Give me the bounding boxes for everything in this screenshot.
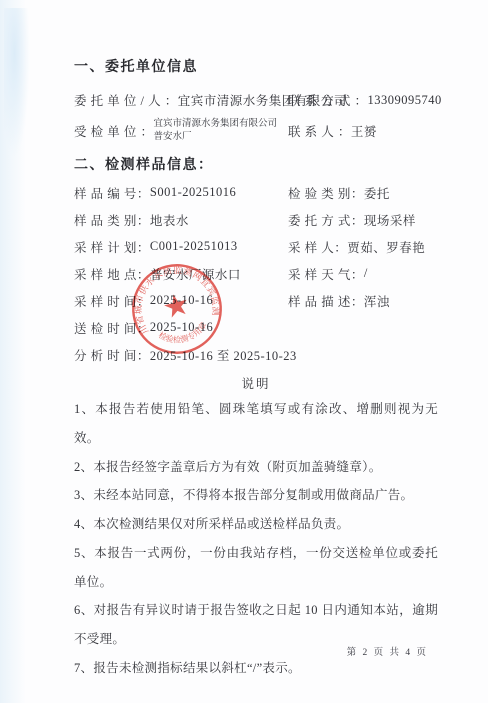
commission-mode-label: 委 托 方 式： <box>288 211 364 229</box>
inspected-unit-line2: 普安水厂 <box>154 131 278 144</box>
contact-person-label: 联 系 人 ： <box>288 122 351 140</box>
sample-id-value: S001-20251016 <box>150 185 236 200</box>
inspected-unit-field: 受 检 单 位 ： 宜宾市清源水务集团有限公司 普安水厂 <box>74 118 288 144</box>
client-row-1: 委 托 单 位 / 人 ： 宜宾市清源水务集团有限公司 联 系 方 式 ： 13… <box>74 87 438 113</box>
list-item: 4、本次检测结果仅对所采样品或送检样品负责。 <box>74 510 438 539</box>
sampling-weather-value: / <box>364 266 368 281</box>
inspection-type-label: 检 验 类 别： <box>288 184 364 202</box>
sampling-plan-label: 采 样 计 划： <box>74 238 150 256</box>
analysis-time-value: 2025-10-16 至 2025-10-23 <box>150 346 297 364</box>
list-item: 2、本报告经签字盖章后方为有效（附页加盖骑缝章）。 <box>74 453 438 482</box>
notes-heading: 说明 <box>74 374 438 392</box>
delivery-time-label: 送 检 时 间： <box>74 319 150 337</box>
delivery-time-value: 2025-10-16 <box>150 320 213 335</box>
client-section-heading: 一、委托单位信息 <box>74 56 438 76</box>
table-row: 送 检 时 间：2025-10-16 <box>74 314 438 341</box>
sampling-plan-value: C001-20251013 <box>150 239 238 254</box>
report-page: 一、委托单位信息 委 托 单 位 / 人 ： 宜宾市清源水务集团有限公司 联 系… <box>0 0 488 703</box>
contact-phone-label: 联 系 方 式 ： <box>288 91 368 109</box>
sampler-value: 贾茹、罗春艳 <box>347 238 425 256</box>
sample-description-label: 样 品 描 述： <box>288 292 364 310</box>
inspected-unit-line1: 宜宾市清源水务集团有限公司 <box>154 118 278 131</box>
sample-category-value: 地表水 <box>150 211 189 229</box>
table-row: 样 品 编 号：S001-20251016 检 验 类 别：委托 <box>74 179 438 206</box>
contact-phone-field: 联 系 方 式 ： 13309095740 <box>288 91 442 109</box>
analysis-time-label: 分 析 时 间： <box>74 346 150 364</box>
commission-mode-value: 现场采样 <box>364 211 416 229</box>
contact-person-value: 王赟 <box>351 122 377 140</box>
sampling-time-label: 采 样 时 间： <box>74 292 150 310</box>
client-unit-label: 委 托 单 位 / 人 ： <box>74 91 178 109</box>
sample-category-label: 样 品 类 别： <box>74 211 150 229</box>
list-item: 7、报告未检测指标结果以斜杠“/”表示。 <box>74 654 438 683</box>
sample-id-label: 样 品 编 号： <box>74 184 150 202</box>
sample-section-heading: 二、检测样品信息： <box>74 154 438 174</box>
table-row: 采 样 时 间：2025-10-16 样 品 描 述：浑浊 <box>74 287 438 314</box>
inspected-unit-label: 受 检 单 位 ： <box>74 122 154 140</box>
sampling-time-value: 2025-10-16 <box>150 293 213 308</box>
sample-description-value: 浑浊 <box>364 292 390 310</box>
table-row: 样 品 类 别：地表水 委 托 方 式：现场采样 <box>74 206 438 233</box>
table-row: 分 析 时 间：2025-10-16 至 2025-10-23 <box>74 341 438 368</box>
sampling-site-label: 采 样 地 点： <box>74 265 150 283</box>
list-item: 3、未经本站同意，不得将本报告部分复制或用做商品广告。 <box>74 481 438 510</box>
page-number-footer: 第 2 页 共 4 页 <box>347 644 428 658</box>
sampler-label: 采 样 人： <box>288 238 347 256</box>
sampling-site-value: 普安水厂源水口 <box>150 265 241 283</box>
list-item: 1、本报告若使用铅笔、圆珠笔填写或有涂改、增删则视为无效。 <box>74 395 438 453</box>
list-item: 5、本报告一式两份，一份由我站存档，一份交送检单位或委托单位。 <box>74 539 438 597</box>
inspection-type-value: 委托 <box>364 184 390 202</box>
table-row: 采 样 计 划：C001-20251013 采 样 人：贾茹、罗春艳 <box>74 233 438 260</box>
table-row: 采 样 地 点：普安水厂源水口 采 样 天 气：/ <box>74 260 438 287</box>
sampling-weather-label: 采 样 天 气： <box>288 265 364 283</box>
client-row-2: 受 检 单 位 ： 宜宾市清源水务集团有限公司 普安水厂 联 系 人 ： 王赟 <box>74 113 438 148</box>
inspected-unit-value: 宜宾市清源水务集团有限公司 普安水厂 <box>154 118 278 144</box>
contact-phone-value: 13309095740 <box>368 93 442 108</box>
notes-section: 说明 1、本报告若使用铅笔、圆珠笔填写或有涂改、增删则视为无效。 2、本报告经签… <box>74 374 438 683</box>
sample-info-table: 样 品 编 号：S001-20251016 检 验 类 别：委托 样 品 类 别… <box>74 179 438 368</box>
notes-list: 1、本报告若使用铅笔、圆珠笔填写或有涂改、增删则视为无效。 2、本报告经签字盖章… <box>74 395 438 683</box>
contact-person-field: 联 系 人 ： 王赟 <box>288 122 438 140</box>
client-unit-field: 委 托 单 位 / 人 ： 宜宾市清源水务集团有限公司 <box>74 91 288 109</box>
